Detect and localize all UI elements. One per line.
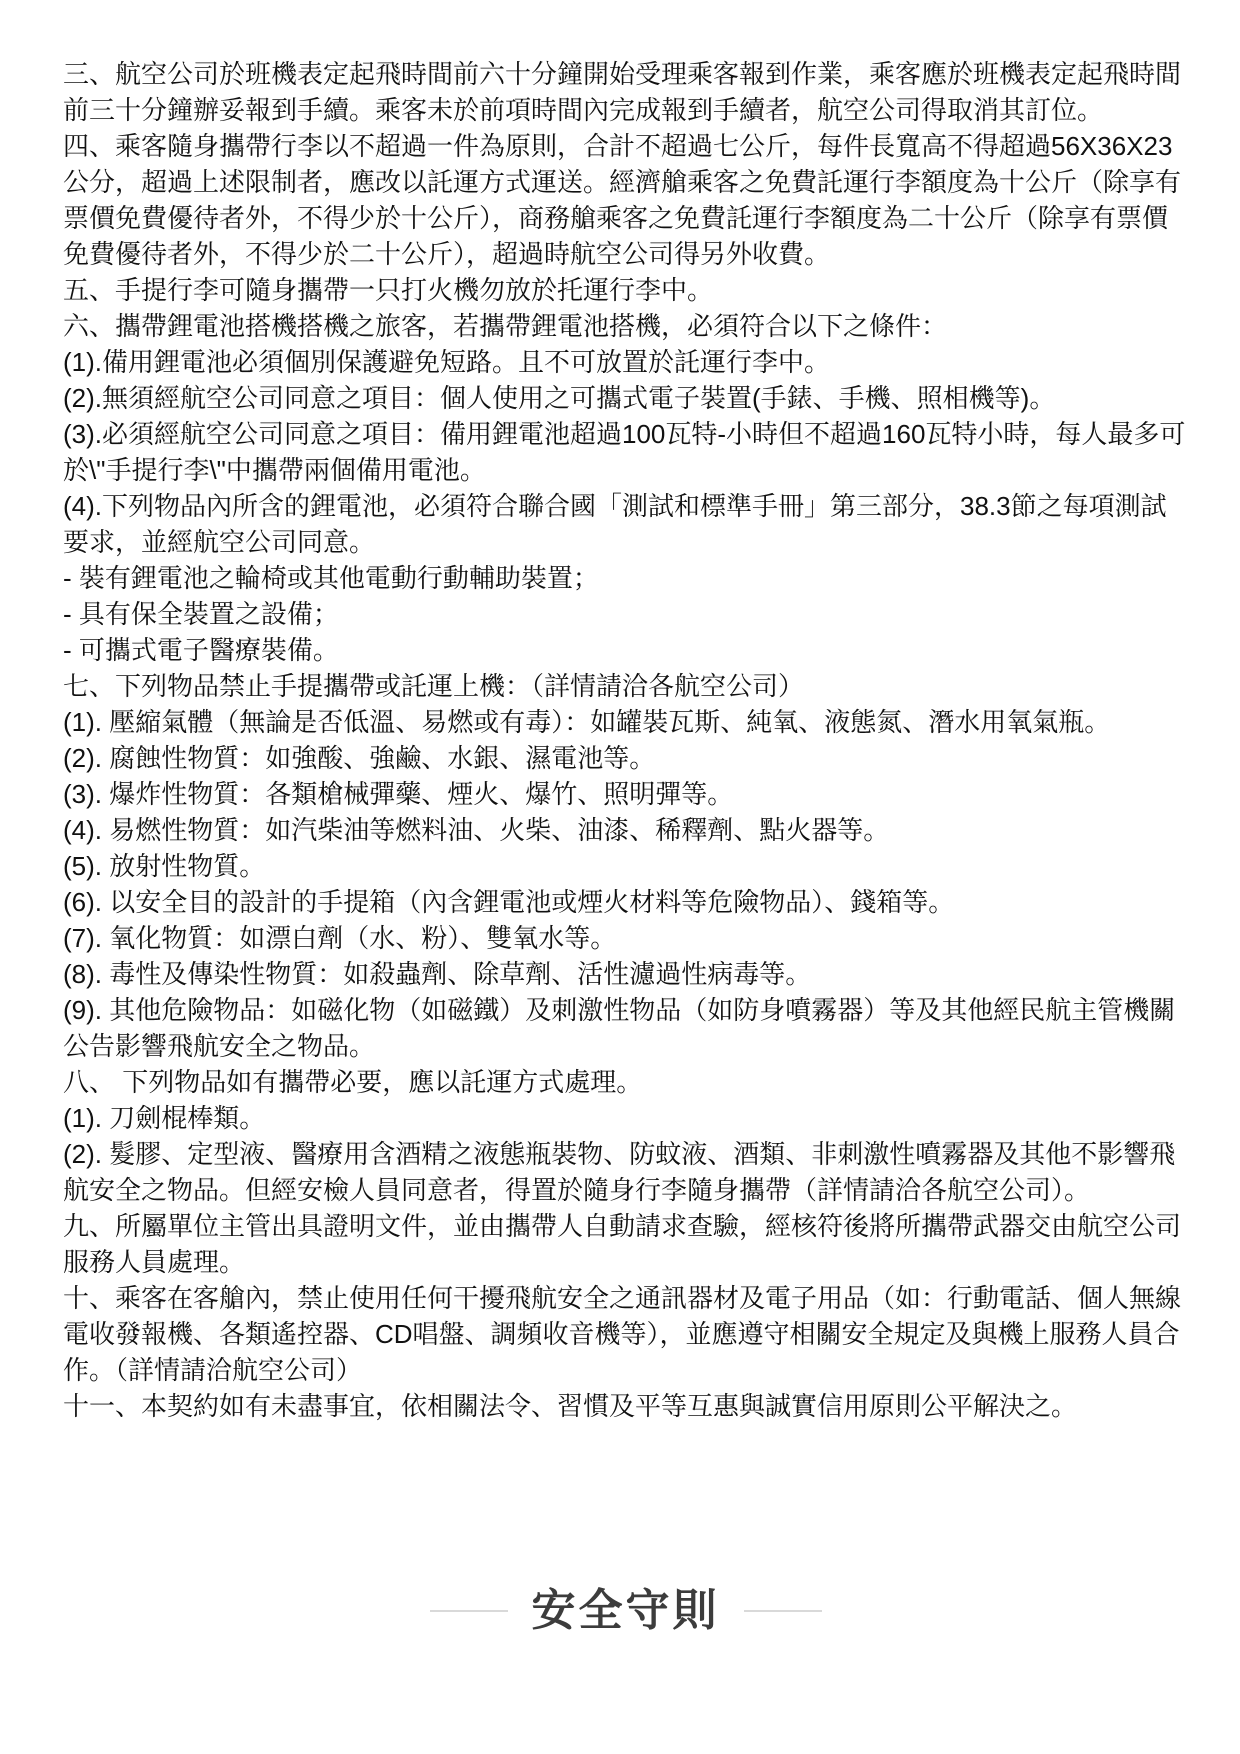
- terms-paragraph: 六、攜帶鋰電池搭機搭機之旅客，若攜帶鋰電池搭機，必須符合以下之條件：: [63, 308, 1188, 344]
- terms-paragraph: (2). 腐蝕性物質：如強酸、強鹼、水銀、濕電池等。: [63, 740, 1188, 776]
- terms-paragraph: 三、航空公司於班機表定起飛時間前六十分鐘開始受理乘客報到作業，乘客應於班機表定起…: [63, 56, 1188, 128]
- terms-paragraph: (2). 髮膠、定型液、醫療用含酒精之液態瓶裝物、防蚊液、酒類、非刺激性噴霧器及…: [63, 1136, 1188, 1208]
- terms-list-dash-item: - 具有保全裝置之設備；: [63, 596, 1188, 632]
- terms-paragraph: (1).備用鋰電池必須個別保護避免短路。且不可放置於託運行李中。: [63, 344, 1188, 380]
- section-heading: 安全守則: [63, 1587, 1188, 1635]
- terms-paragraph: 四、乘客隨身攜帶行李以不超過一件為原則，合計不超過七公斤，每件長寬高不得超過56…: [63, 128, 1188, 272]
- terms-paragraph: (6). 以安全目的設計的手提箱（內含鋰電池或煙火材料等危險物品）、錢箱等。: [63, 884, 1188, 920]
- terms-paragraph: 七、下列物品禁止手提攜帶或託運上機：（詳情請洽各航空公司）: [63, 668, 1188, 704]
- heading-rule-left: [430, 1610, 508, 1612]
- terms-paragraph: (4). 易燃性物質：如汽柴油等燃料油、火柴、油漆、稀釋劑、點火器等。: [63, 812, 1188, 848]
- terms-paragraph: (2).無須經航空公司同意之項目：個人使用之可攜式電子裝置(手錶、手機、照相機等…: [63, 380, 1188, 416]
- terms-paragraph: 九、所屬單位主管出具證明文件，並由攜帶人自動請求查驗，經核符後將所攜帶武器交由航…: [63, 1208, 1188, 1280]
- terms-paragraph: (7). 氧化物質：如漂白劑（水、粉）、雙氧水等。: [63, 920, 1188, 956]
- terms-paragraph: (8). 毒性及傳染性物質：如殺蟲劑、除草劑、活性濾過性病毒等。: [63, 956, 1188, 992]
- terms-paragraph: 十、乘客在客艙內，禁止使用任何干擾飛航安全之通訊器材及電子用品（如：行動電話、個…: [63, 1280, 1188, 1388]
- terms-paragraph: (9). 其他危險物品：如磁化物（如磁鐵）及刺激性物品（如防身噴霧器）等及其他經…: [63, 992, 1188, 1064]
- terms-paragraph: (1). 刀劍棍棒類。: [63, 1100, 1188, 1136]
- heading-rule-right: [744, 1610, 822, 1612]
- terms-paragraph: 八、 下列物品如有攜帶必要，應以託運方式處理。: [63, 1064, 1188, 1100]
- terms-paragraph: (1). 壓縮氣體（無論是否低溫、易燃或有毒）：如罐裝瓦斯、純氧、液態氮、潛水用…: [63, 704, 1188, 740]
- terms-paragraph: 十一、本契約如有未盡事宜，依相關法令、習慣及平等互惠與誠實信用原則公平解決之。: [63, 1388, 1188, 1424]
- terms-list-dash-item: - 裝有鋰電池之輪椅或其他電動行動輔助裝置；: [63, 560, 1188, 596]
- terms-paragraph: (5). 放射性物質。: [63, 848, 1188, 884]
- terms-paragraph: 五、手提行李可隨身攜帶一只打火機勿放於托運行李中。: [63, 272, 1188, 308]
- terms-paragraph: (3). 爆炸性物質：各類槍械彈藥、煙火、爆竹、照明彈等。: [63, 776, 1188, 812]
- terms-paragraph: (3).必須經航空公司同意之項目：備用鋰電池超過100瓦特-小時但不超過160瓦…: [63, 416, 1188, 488]
- terms-list-dash-item: - 可攜式電子醫療裝備。: [63, 632, 1188, 668]
- terms-page: 三、航空公司於班機表定起飛時間前六十分鐘開始受理乘客報到作業，乘客應於班機表定起…: [0, 0, 1240, 1754]
- section-heading-title: 安全守則: [532, 1587, 720, 1635]
- terms-paragraph: (4).下列物品內所含的鋰電池，必須符合聯合國「測試和標準手冊」第三部分，38.…: [63, 488, 1188, 560]
- terms-body: 三、航空公司於班機表定起飛時間前六十分鐘開始受理乘客報到作業，乘客應於班機表定起…: [63, 56, 1188, 1424]
